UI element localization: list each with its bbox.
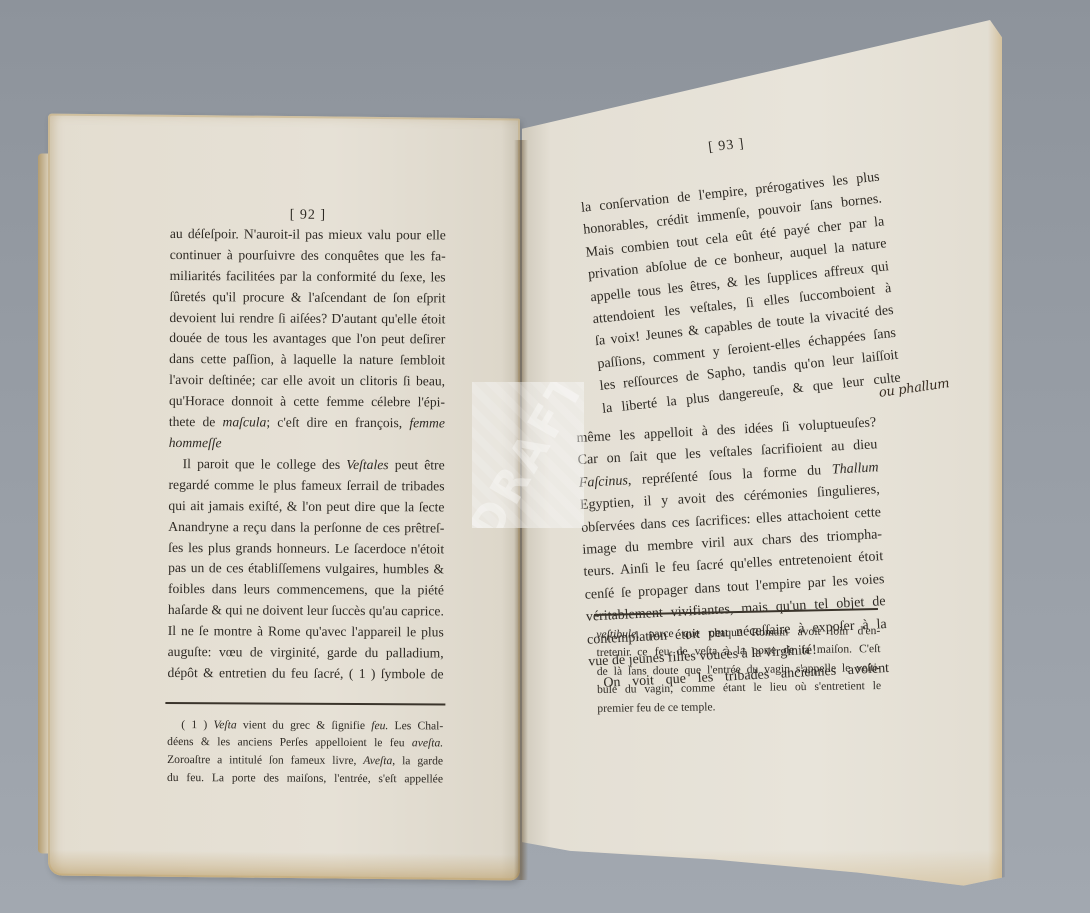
text-line: miliarités facilitées par la conformité … bbox=[170, 266, 446, 288]
left-page-text: [ 92 ] au déſeſpoir. N'auroit-il pas mie… bbox=[167, 205, 446, 788]
text-line: Anandryne a reçu dans la perſonne de ces… bbox=[168, 517, 444, 539]
italic-word: aveſta. bbox=[412, 737, 443, 750]
text-line: regardé comme le plus fameux ſerrail de … bbox=[168, 475, 444, 497]
italic-word: feu. bbox=[371, 719, 388, 732]
text-line: devoient lui rendre ſi aiſées? D'autant … bbox=[169, 308, 445, 330]
text-line: qui ait jamais exiſté, & l'on peut dire … bbox=[168, 496, 444, 518]
text-fragment: thete de bbox=[169, 414, 216, 429]
text-line: foibles dans leurs commencemens, que la … bbox=[168, 579, 444, 601]
italic-word: maſcula bbox=[223, 414, 267, 429]
text-line: ſûretés qu'il procure & l'aſcendant de ſ… bbox=[169, 287, 445, 309]
text-line: continuer à pourſuivre des conquêtes que… bbox=[170, 245, 446, 267]
italic-word: Veſtales bbox=[346, 457, 388, 472]
text-line: haſarde & qui ne doivent leur ſuccès qu'… bbox=[168, 600, 444, 622]
text-line: Il ne ſe montre à Rome qu'avec l'apparei… bbox=[168, 621, 444, 643]
text-fragment: , la garde bbox=[392, 754, 443, 767]
italic-word: femme bbox=[409, 415, 445, 430]
text-fragment: Zoroaſtre a intitulé ſon fameux livre, bbox=[167, 753, 356, 767]
text-fragment: déens & les anciens Perſes appelloient l… bbox=[167, 735, 404, 749]
text-line: qu'Horace donnoit à cette femme célebre … bbox=[169, 391, 445, 413]
text-fragment: Les Chal- bbox=[395, 719, 444, 732]
footnote-line: déens & les anciens Perſes appelloient l… bbox=[167, 733, 443, 752]
italic-word: veſtibule bbox=[596, 627, 636, 641]
footnote-divider bbox=[165, 702, 445, 705]
right-page-text-upper: la conſervation de l'empire, prérogative… bbox=[580, 167, 902, 421]
text-fragment: Il paroit que le college des bbox=[183, 456, 341, 472]
text-line: ſes les plus grands honneurs. Le ſacerdo… bbox=[168, 537, 444, 559]
text-fragment: peut être bbox=[395, 457, 445, 472]
text-line: thete de maſcula; c'eſt dire en françois… bbox=[169, 412, 445, 434]
open-book: [ 92 ] au déſeſpoir. N'auroit-il pas mie… bbox=[0, 0, 1090, 913]
text-line: Il paroit que le college des Veſtales pe… bbox=[169, 454, 445, 476]
text-line: l'avoir deſtinée; car elle avoit un clit… bbox=[169, 370, 445, 392]
text-line: dépôt & entretien du feu ſacré, ( 1 ) ſy… bbox=[167, 663, 443, 685]
left-footnote: ( 1 ) Veſta vient du grec & ſignifie feu… bbox=[167, 716, 443, 788]
text-fragment: vient du grec & ſignifie bbox=[243, 718, 365, 732]
text-line: douée de tous les avantages que l'on peu… bbox=[169, 328, 445, 350]
text-line: au déſeſpoir. N'auroit-il pas mieux valu… bbox=[170, 224, 446, 246]
footnote-line: du feu. La porte des maiſons, l'entrée, … bbox=[167, 769, 443, 788]
text-fragment: , parce que chaque Romain avoit ſoin d'e… bbox=[636, 624, 880, 640]
right-footnote: veſtibule, parce que chaque Romain avoit… bbox=[596, 608, 881, 718]
italic-word: Thallum bbox=[831, 460, 878, 477]
text-line: dans cette paſſion, à laquelle la nature… bbox=[169, 349, 445, 371]
text-line: pas un de ces établiſſemens vulgaires, h… bbox=[168, 558, 444, 580]
italic-word: Veſta bbox=[213, 718, 236, 731]
watermark: DRAFT bbox=[472, 382, 584, 528]
text-fragment: ; c'eſt dire en françois, bbox=[266, 415, 402, 431]
italic-word: Faſcinus bbox=[579, 473, 629, 491]
italic-word: Aveſta bbox=[363, 754, 392, 767]
italic-word: hommeſſe bbox=[169, 435, 222, 450]
footnote-line: ( 1 ) Veſta vient du grec & ſignifie feu… bbox=[167, 716, 443, 735]
footnote-marker: ( 1 ) bbox=[181, 718, 207, 731]
footnote-line: Zoroaſtre a intitulé ſon fameux livre, A… bbox=[167, 751, 443, 770]
watermark-text: DRAFT bbox=[472, 382, 584, 528]
text-line: hommeſſe bbox=[169, 433, 445, 455]
text-line: auguſte: vœu de virginité, garde du pall… bbox=[168, 642, 444, 664]
